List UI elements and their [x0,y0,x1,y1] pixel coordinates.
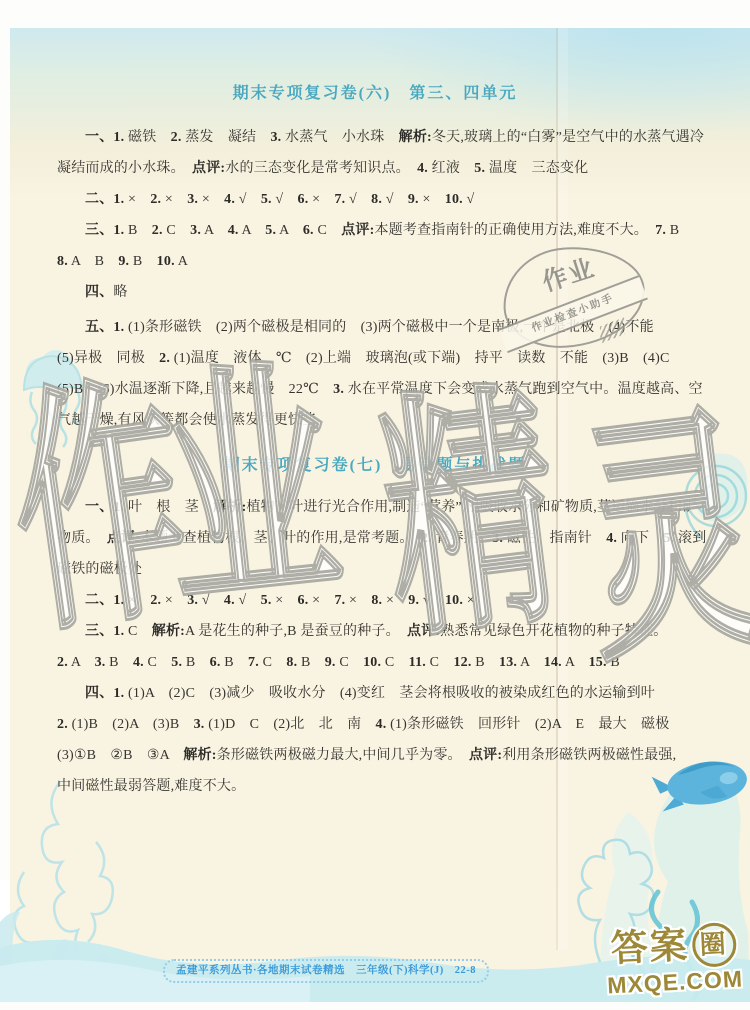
answer-line: 2. (1)B (2)A (3)B 3. (1)D C (2)北 北 南 4. … [57,709,693,740]
answer-label: 3. [95,655,106,670]
answer-label: 6. [303,223,314,238]
answer-text: 冬天,玻璃上的“白雾”是空气中的水蒸气遇冷 [432,130,704,145]
answer-line: 三、1. B 2. C 3. A 4. A 5. A 6. C 点评:本题考查指… [57,215,693,246]
answer-text: B [297,655,324,670]
answer-text: √ [272,192,298,207]
badge-word: 答案 [610,926,690,970]
answer-label: 5. [265,223,276,238]
answer-label: 点评: [469,748,502,763]
answer-text: 水的三态变化是常考知识点。 [225,161,417,176]
answer-label: 四、 [85,285,113,300]
answer-text: 凝结而成的小水珠。 [57,161,192,176]
answer-label: 三、1. [85,223,124,238]
seaweed-outline-icon [14,782,113,960]
answer-text: A [562,655,589,670]
answer-text: B [129,254,156,269]
answer-label: 4. [376,717,387,732]
answer-label: 3. [270,130,281,145]
answer-label: 7. [655,223,666,238]
watermark-char: 精 [371,379,571,656]
answer-text: (1)A (2)C (3)减少 吸收水分 (4)变红 茎会将根吸收的被染成红色的… [124,686,655,701]
answer-text: 略 [113,285,127,300]
answer-label: 2. [57,717,68,732]
answer-label: 2. [152,223,163,238]
answer-text: 利用条形磁铁两极磁性最强, [502,748,676,763]
answer-text: × [161,192,187,207]
answer-text: C [314,223,341,238]
answer-label: 2. [150,192,161,207]
answer-label: 4. [228,223,239,238]
answer-label: 9. [118,254,129,269]
answer-label: 解析: [183,748,216,763]
answer-line: 四、1. (1)A (2)C (3)减少 吸收水分 (4)变红 茎会将根吸收的被… [57,678,693,709]
answer-text: √ [463,192,475,207]
answer-label: 5. [474,161,485,176]
answer-text: (1)D C (2)北 北 南 [205,717,376,732]
answer-label: 点评: [341,223,374,238]
answer-text: 红液 [428,161,474,176]
answer-text: √ [382,192,408,207]
answer-label: 9. [325,655,336,670]
answer-text: 中间磁性最弱答题,难度不大。 [57,779,245,794]
photo-edge-top [0,0,750,28]
answer-label: 7. [334,192,345,207]
answer-text: A [276,223,303,238]
answer-label: 14. [544,655,562,670]
watermark-char: 灵 [571,403,750,680]
answer-text: A B [68,254,118,269]
answer-label: 3. [194,717,205,732]
answer-label: 3. [333,382,344,397]
photo-edge-bottom [0,1002,750,1010]
answer-text: B [666,223,679,238]
answer-label: 5. [171,655,182,670]
answer-line: 凝结而成的小水珠。 点评:水的三态变化是常考知识点。 4. 红液 5. 温度 三… [57,153,693,184]
answer-label: 10. [363,655,381,670]
answer-text: C [144,655,171,670]
stamp-title: 作业 [537,248,599,299]
answer-label: 五、1. [85,320,124,335]
answer-text: √ [235,192,261,207]
answer-text: B [105,655,132,670]
answer-text: C [259,655,286,670]
answer-text: C [336,655,363,670]
answer-text: (3)①B ②B ③A [57,748,183,763]
answer-text: B [124,223,151,238]
answer-text: (1)条形磁铁 回形针 (2)A E 最大 磁极 [386,717,669,732]
answer-label: 7. [248,655,259,670]
site-watermark: 答案 圈 MXQE.COM [596,921,750,999]
answer-label: 8. [371,593,382,608]
answer-line: (3)①B ②B ③A 解析:条形磁铁两极磁力最大,中间几乎为零。 点评:利用条… [57,740,693,771]
answer-label: 4. [224,192,235,207]
answer-text: C [163,223,190,238]
footer-series-label: 孟建平系列丛书·各地期末试卷精选 三年级(下)科学(J) 22-8 [163,959,489,983]
answer-label: 四、1. [85,686,124,701]
answer-text: × [124,192,150,207]
answer-text: 蒸发 凝结 [182,130,271,145]
answer-label: 8. [286,655,297,670]
answer-text: B [182,655,209,670]
badge-circle-icon: 圈 [691,922,737,968]
answer-line: 二、1. × 2. × 3. × 4. √ 5. √ 6. × 7. √ 8. … [57,184,693,215]
answer-label: 5. [261,192,272,207]
answer-label: 4. [133,655,144,670]
answer-label: 点评: [192,161,225,176]
answer-text: × [198,192,224,207]
answer-text: A [201,223,228,238]
answer-line: 中间磁性最弱答题,难度不大。 [57,771,693,802]
workbook-page: 期末专项复习卷(六) 第三、四单元一、1. 磁铁 2. 蒸发 凝结 3. 水蒸气… [0,0,750,1010]
answer-label: 8. [57,254,68,269]
answer-line: 一、1. 磁铁 2. 蒸发 凝结 3. 水蒸气 小水珠 解析:冬天,玻璃上的“白… [57,122,693,153]
answer-label: 一、1. [85,130,124,145]
answer-label: 10. [445,192,463,207]
answer-text: 温度 三态变化 [485,161,588,176]
answer-text: × [345,593,371,608]
answer-label: 4. [417,161,428,176]
answer-text: A [239,223,266,238]
answer-text: B [221,655,248,670]
answer-text: 水蒸气 小水珠 [281,130,398,145]
answer-text: 条形磁铁两极磁力最大,中间几乎为零。 [217,748,469,763]
answer-label: 2. [171,130,182,145]
answer-text: × [308,192,334,207]
answer-label: 10. [157,254,175,269]
answer-label: 3. [190,223,201,238]
answer-line: 2. A 3. B 4. C 5. B 6. B 7. C 8. B 9. C … [57,647,693,678]
answer-text: A [175,254,188,269]
watermark-char: 业 [153,354,349,628]
answer-label: 8. [371,192,382,207]
answer-label: 6. [298,192,309,207]
answer-text: 磁铁 [124,130,170,145]
answer-text: √ [345,192,371,207]
answer-text: A [517,655,544,670]
answer-label: 3. [187,192,198,207]
answer-text: 本题考查指南针的正确使用方法,难度不大。 [374,223,655,238]
answer-label: 解析: [399,130,432,145]
answer-text: × [419,192,445,207]
answer-label: 9. [408,192,419,207]
answer-text: (1)B (2)A (3)B [68,717,194,732]
section-title: 期末专项复习卷(六) 第三、四单元 [57,78,693,109]
answer-label: 6. [210,655,221,670]
answer-label: 二、1. [85,192,124,207]
